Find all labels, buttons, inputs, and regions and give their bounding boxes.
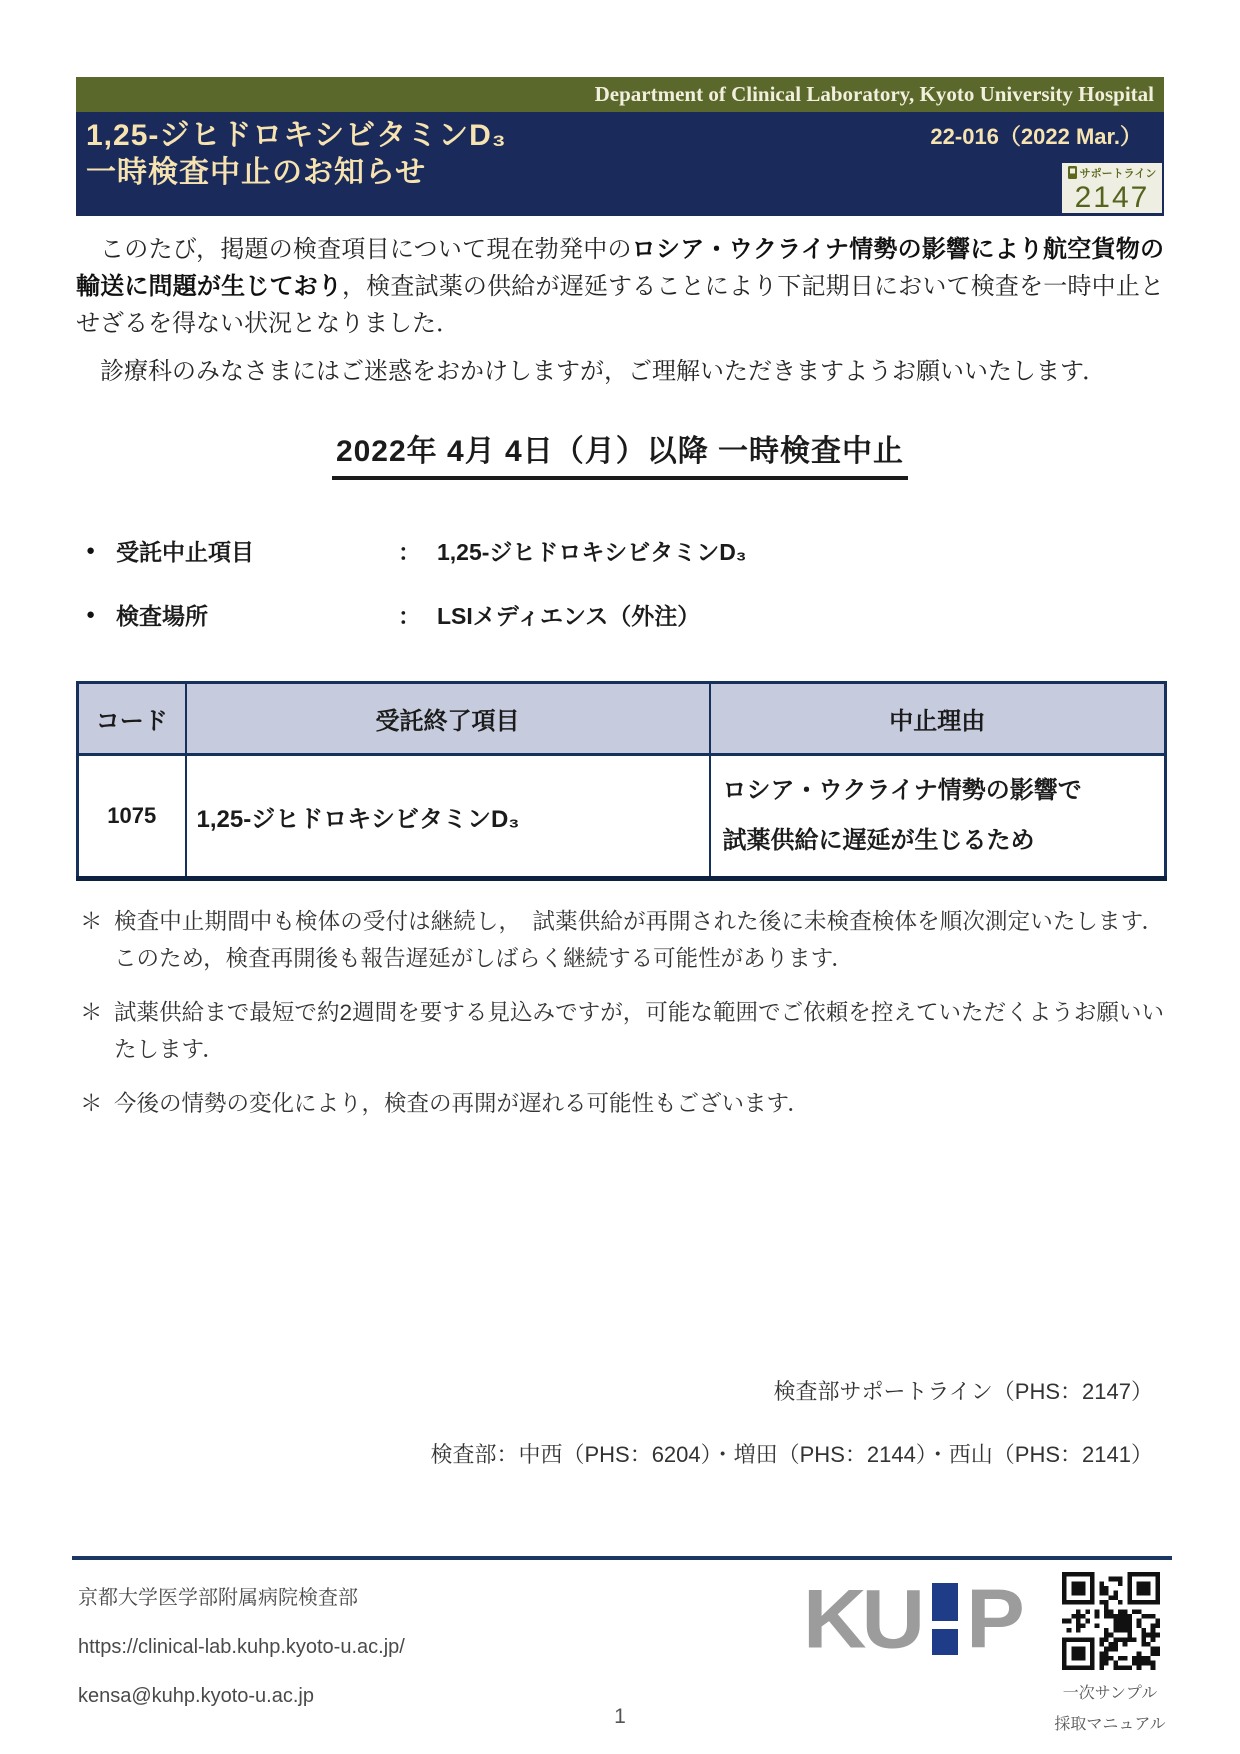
cell-reason: ロシア・ウクライナ情勢の影響で 試薬供給に遅延が生じるため (710, 755, 1166, 879)
suspension-notice-heading: 2022年 4月 4日（月）以降 一時検査中止 (332, 426, 908, 480)
department-name-en: Department of Clinical Laboratory, Kyoto… (595, 82, 1154, 106)
footnotes: ＊ 検査中止期間中も検体の受付は継続し， 試薬供給が再開された後に未検査検体を順… (76, 903, 1164, 1122)
document-title: 1,25-ジヒドロキシビタミンD₃ 一時検査中止のお知らせ (86, 117, 507, 191)
phs-phone-icon (1068, 166, 1077, 182)
column-header-code: コード (78, 683, 186, 755)
summary-colon: ： (398, 534, 421, 567)
footnote: ＊ 今後の情勢の変化により，検査の再開が遅れる可能性もございます． (76, 1085, 1164, 1122)
asterisk-icon: ＊ (76, 994, 114, 1068)
contact-block: 検査部サポートライン（PHS：2147） 検査部：中西（PHS：6204）・増田… (76, 1375, 1164, 1469)
footnote: ＊ 試薬供給まで最短で約2週間を要する見込みですが，可能な範囲でご依頼を控えてい… (76, 994, 1164, 1068)
department-header-bar: Department of Clinical Laboratory, Kyoto… (76, 77, 1164, 112)
cell-item: 1,25-ジヒドロキシビタミンD₃ (186, 755, 710, 879)
title-banner: 1,25-ジヒドロキシビタミンD₃ 一時検査中止のお知らせ 22-016（202… (76, 112, 1164, 216)
summary-label: 受託中止項目 (116, 534, 398, 567)
footer-url: https://clinical-lab.kuhp.kyoto-u.ac.jp/ (78, 1623, 405, 1672)
summary-value: LSIメディエンス（外注） (437, 598, 700, 631)
cell-code: 1075 (78, 755, 186, 879)
qr-caption: 一次サンプル 採取マニュアル (1030, 1678, 1190, 1740)
support-line-label: サポートライン (1080, 168, 1157, 180)
footer-address-block: 京都大学医学部附属病院検査部 https://clinical-lab.kuhp… (78, 1574, 405, 1721)
kuhp-logo-ku: KU (803, 1582, 920, 1656)
contact-staff-line: 検査部：中西（PHS：6204）・増田（PHS：2144）・西山（PHS：214… (76, 1438, 1153, 1469)
asterisk-icon: ＊ (76, 903, 114, 977)
column-header-item: 受託終了項目 (186, 683, 710, 755)
footer-organization: 京都大学医学部附属病院検査部 (78, 1574, 405, 1623)
contact-support-line: 検査部サポートライン（PHS：2147） (76, 1375, 1153, 1406)
footer-divider (72, 1556, 1172, 1560)
intro-p1-regular: このたび，掲題の検査項目について現在勃発中の (100, 236, 632, 263)
bullet-icon: ● (86, 542, 116, 559)
list-item: ● 検査場所 ： LSIメディエンス（外注） (76, 598, 1164, 631)
footnote-text: 検査中止期間中も検体の受付は継続し， 試薬供給が再開された後に未検査検体を順次測… (114, 903, 1164, 977)
footnote-text: 今後の情勢の変化により，検査の再開が遅れる可能性もございます． (114, 1085, 1164, 1122)
support-line-number: 2147 (1062, 182, 1162, 214)
summary-label: 検査場所 (116, 598, 398, 631)
kuhp-logo: KU P (803, 1580, 1020, 1658)
table-header-row: コード 受託終了項目 中止理由 (78, 683, 1166, 755)
column-header-reason: 中止理由 (710, 683, 1166, 755)
bullet-icon: ● (86, 606, 116, 623)
intro-paragraph-1: このたび，掲題の検査項目について現在勃発中のロシア・ウクライナ情勢の影響により航… (76, 231, 1164, 342)
intro-paragraph-2: 診療科のみなさまにはご迷惑をおかけしますが，ご理解いただきますようお願いいたしま… (76, 353, 1164, 390)
suspended-items-table: コード 受託終了項目 中止理由 1075 1,25-ジヒドロキシビタミンD₃ ロ… (76, 681, 1167, 881)
document-title-line1: 1,25-ジヒドロキシビタミンD₃ (86, 117, 507, 154)
kuhp-logo-colon-icon (932, 1583, 958, 1655)
summary-list: ● 受託中止項目 ： 1,25-ジヒドロキシビタミンD₃ ● 検査場所 ： LS… (76, 534, 1164, 631)
footnote-text: 試薬供給まで最短で約2週間を要する見込みですが，可能な範囲でご依頼を控えていただ… (114, 994, 1164, 1068)
asterisk-icon: ＊ (76, 1085, 114, 1122)
summary-value: 1,25-ジヒドロキシビタミンD₃ (437, 534, 746, 567)
table-row: 1075 1,25-ジヒドロキシビタミンD₃ ロシア・ウクライナ情勢の影響で 試… (78, 755, 1166, 879)
list-item: ● 受託中止項目 ： 1,25-ジヒドロキシビタミンD₃ (76, 534, 1164, 567)
page-number: 1 (76, 1705, 1164, 1729)
footnote: ＊ 検査中止期間中も検体の受付は継続し， 試薬供給が再開された後に未検査検体を順… (76, 903, 1164, 977)
document-page: Department of Clinical Laboratory, Kyoto… (0, 0, 1240, 1754)
kuhp-logo-p: P (966, 1582, 1020, 1656)
qr-code (1062, 1572, 1160, 1670)
summary-colon: ： (398, 598, 421, 631)
issue-number: 22-016（2022 Mar.） (930, 120, 1142, 151)
suspension-notice-heading-wrap: 2022年 4月 4日（月）以降 一時検査中止 (76, 426, 1164, 480)
qr-caption-line2: 採取マニュアル (1030, 1709, 1190, 1740)
document-title-line2: 一時検査中止のお知らせ (86, 154, 507, 191)
support-line-badge: サポートライン 2147 (1062, 163, 1162, 213)
qr-caption-line1: 一次サンプル (1030, 1678, 1190, 1709)
